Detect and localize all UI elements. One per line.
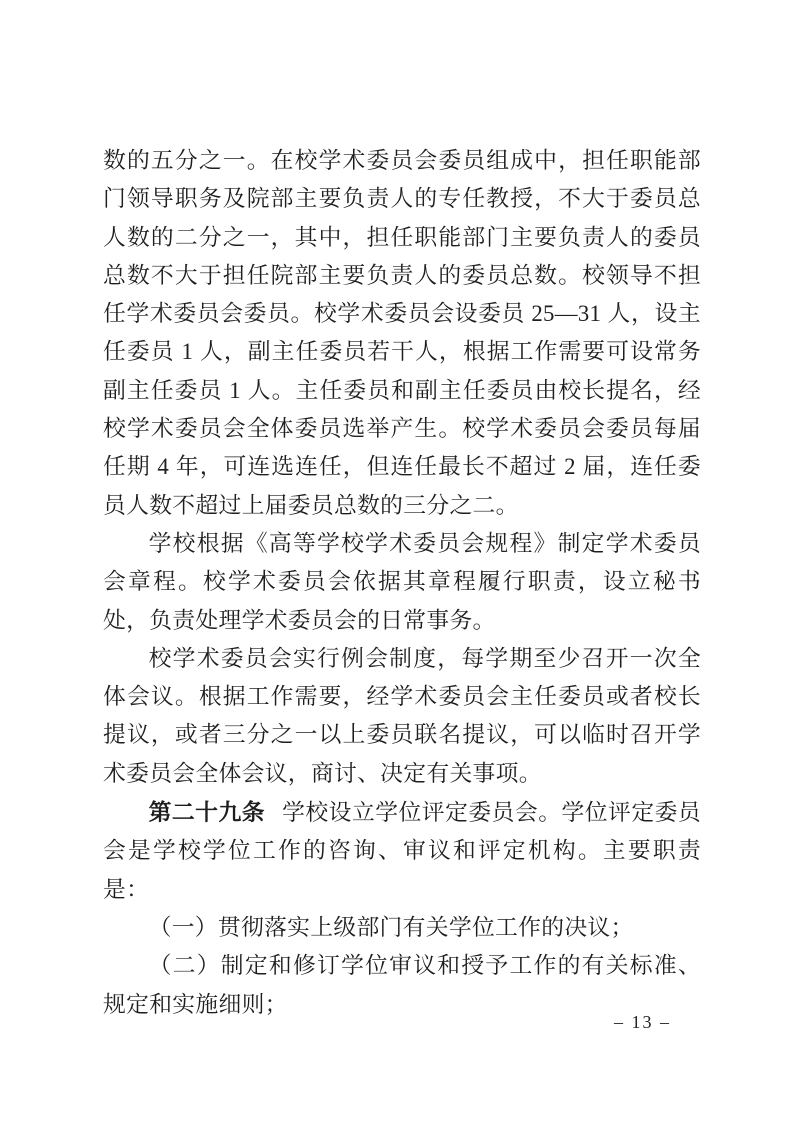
document-page: { "colors": { "background": "#ffffff", "… (0, 0, 794, 1123)
body-paragraph-committee-charter: 学校根据《高等学校学术委员会规程》制定学术委员会章程。校学术委员会依据其章程履行… (103, 525, 701, 640)
body-paragraph-continuation: 数的五分之一。在校学术委员会委员组成中，担任职能部门领导职务及院部主要负责人的专… (103, 142, 701, 525)
list-item-1: （一）贯彻落实上级部门有关学位工作的决议； (103, 909, 701, 947)
document-text-block: 数的五分之一。在校学术委员会委员组成中，担任职能部门领导职务及院部主要负责人的专… (103, 142, 701, 1024)
body-paragraph-committee-meetings: 校学术委员会实行例会制度，每学期至少召开一次全体会议。根据工作需要，经学术委员会… (103, 640, 701, 793)
page-footer: – 13 – (614, 1012, 671, 1033)
page-number: – 13 – (614, 1012, 671, 1032)
article-29-paragraph: 第二十九条学校设立学位评定委员会。学位评定委员会是学校学位工作的咨询、审议和评定… (103, 793, 701, 909)
article-number-heading: 第二十九条 (149, 799, 265, 825)
list-item-2: （二）制定和修订学位审议和授予工作的有关标准、规定和实施细则； (103, 947, 701, 1024)
